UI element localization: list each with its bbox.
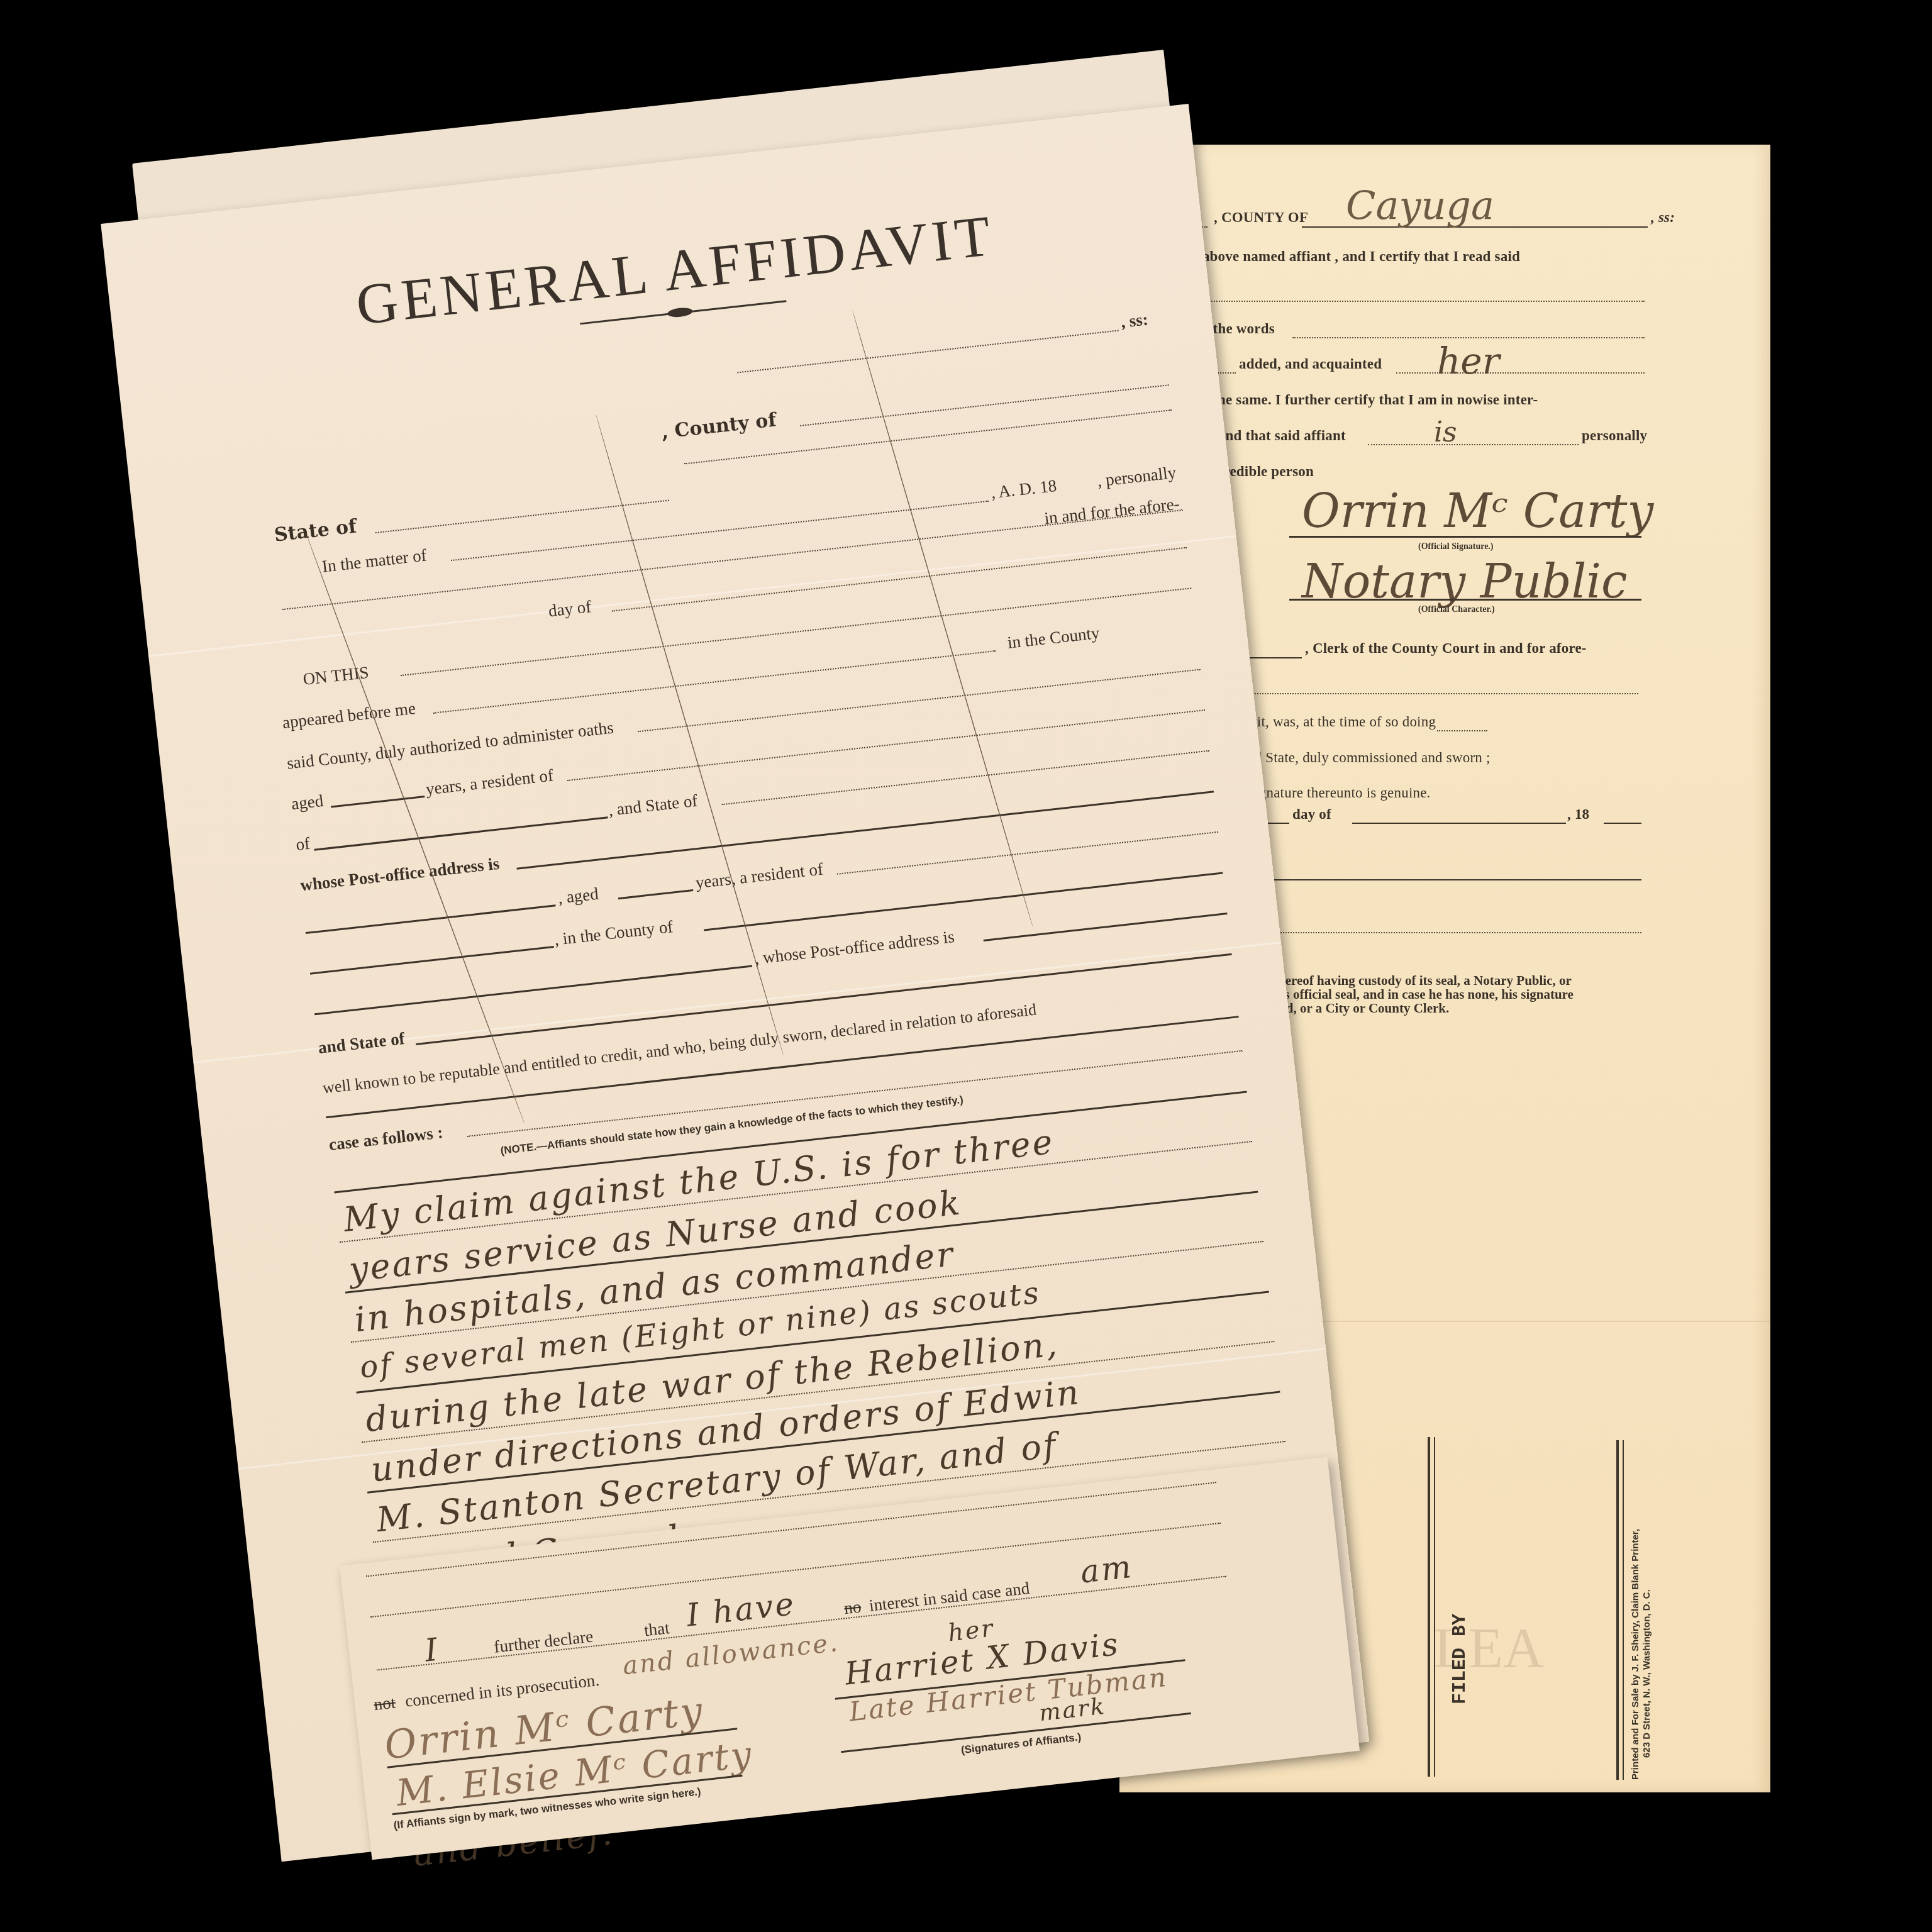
matter-of-label: In the matter of <box>321 545 428 576</box>
resident2-cont-rule <box>310 946 554 975</box>
whose-po2-label: , whose Post-office address is <box>753 927 955 969</box>
clerk-line: , Clerk of the County Court in and for a… <box>1305 640 1587 657</box>
official-signature-label: (Official Signature.) <box>1418 542 1494 552</box>
printer-bar-1 <box>1616 1440 1619 1780</box>
year-rule <box>1604 823 1641 824</box>
said-county-rule <box>638 669 1201 732</box>
years-resident2-label: years, a resident of <box>694 859 824 892</box>
interest-label: interest in said case and <box>868 1579 1030 1616</box>
the-rule <box>1261 932 1641 933</box>
personally-label: , personally <box>1096 463 1177 491</box>
added-line: added, and acquainted <box>1239 356 1382 372</box>
erased-rule <box>1292 337 1645 338</box>
clerk-signature-rule <box>1255 879 1641 880</box>
in-the-county-label: in the County <box>1006 623 1101 653</box>
county-label: , COUNTY OF <box>1214 209 1308 226</box>
acquainted-rule <box>1396 372 1645 374</box>
of-label: of <box>295 834 311 855</box>
appeared-label: appeared before me <box>281 699 416 733</box>
aged-rule <box>331 796 425 808</box>
whose-po-label: whose Post-office address is <box>299 854 501 896</box>
so-doing-rule <box>1437 730 1487 731</box>
filed-by-bar-2 <box>1434 1437 1435 1777</box>
printer-line-1: Printed and For Sale by J. F. Sheiry, Cl… <box>1630 1529 1641 1780</box>
filed-by-bar-1 <box>1428 1437 1430 1777</box>
page-title: GENERAL AFFIDAVIT <box>353 202 997 338</box>
resident2-rule <box>837 831 1219 875</box>
day-of-label: day of <box>1292 806 1331 823</box>
affiant-handwritten: is <box>1434 416 1457 448</box>
personally-label: personally <box>1582 428 1647 444</box>
name-rule <box>306 904 556 934</box>
further-declare-label: further declare <box>493 1627 594 1657</box>
struck-not: not <box>373 1693 397 1715</box>
county-rule <box>800 384 1169 426</box>
county-handwritten: Cayuga <box>1346 182 1494 228</box>
in-and-for-label: in and for the afore- <box>1043 494 1180 529</box>
official-signature-rule <box>1289 536 1641 538</box>
filed-by-label: FILED BY <box>1450 1614 1471 1704</box>
state-of-rule <box>721 750 1209 806</box>
matter-rule <box>451 501 989 561</box>
ss-label: , ss: <box>1651 209 1675 226</box>
official-signature-handwritten: Orrin Mᶜ Carty <box>1302 484 1653 538</box>
aged2-label: , aged <box>557 884 599 908</box>
official-character-handwritten: Notary Public <box>1302 555 1627 609</box>
official-character-rule <box>1289 599 1641 601</box>
county-of-label: , County of <box>660 409 777 443</box>
footnote-1: thereof having custody of its seal, a No… <box>1274 974 1572 987</box>
ad-label: , A. D. 18 <box>990 476 1058 502</box>
ss-rule <box>737 330 1119 373</box>
official-character-label: (Official Character.) <box>1418 605 1495 615</box>
aged-label: aged <box>291 791 325 814</box>
of-rule <box>314 816 608 851</box>
ss-label: , ss: <box>1120 309 1150 332</box>
po2-rule <box>984 913 1228 941</box>
resident-rule <box>567 709 1205 781</box>
affiants-label: (Signatures of Affiants.) <box>960 1731 1082 1757</box>
month-rule <box>1352 823 1566 824</box>
and-state-of2-label: and State of <box>317 1029 406 1058</box>
struck-no: no <box>843 1597 862 1619</box>
am-handwritten: am <box>1079 1548 1135 1591</box>
printer-bar-2 <box>1623 1440 1624 1780</box>
aged2-rule <box>618 889 694 899</box>
day-rule <box>612 547 1187 612</box>
year-label: , 18 <box>1567 806 1589 823</box>
printer-line-2: 623 D Street, N. W., Washington, D. C. <box>1641 1589 1652 1758</box>
affiant-rule <box>1368 444 1579 445</box>
day-of-label: day of <box>547 597 592 621</box>
acquainted-handwritten: her <box>1437 340 1499 382</box>
case-as-follows-label: case as follows : <box>328 1123 444 1155</box>
have-handwritten: I have <box>685 1585 797 1634</box>
and-state-of-label: , and State of <box>608 791 699 820</box>
in-county-of-label: , in the County of <box>553 917 674 950</box>
years-resident-label: years, a resident of <box>425 765 554 799</box>
state-of-label: State of <box>273 515 357 546</box>
footnote-2: his official seal, and in case he has no… <box>1274 987 1574 1001</box>
appeared-rule <box>433 650 996 714</box>
